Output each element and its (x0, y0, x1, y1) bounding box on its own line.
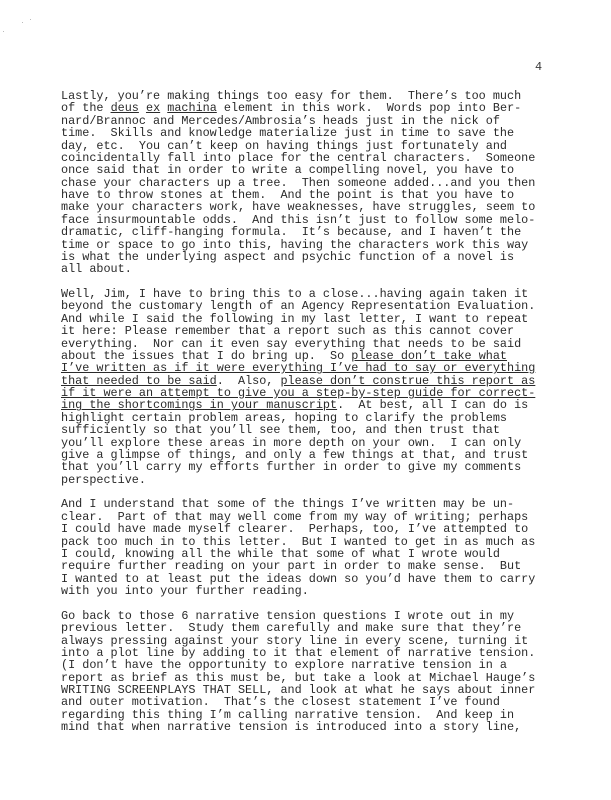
letter-body: Lastly, you’re making things too easy fo… (61, 90, 541, 746)
text-line: all about. (61, 263, 541, 275)
scan-speck (30, 19, 31, 20)
page-number: 4 (535, 60, 542, 74)
text-segment: all about. (61, 262, 132, 276)
text-segment: with you into your further reading. (61, 584, 309, 598)
paragraph: Lastly, you’re making things too easy fo… (61, 90, 541, 276)
text-line: mind that when narrative tension is intr… (61, 721, 541, 733)
text-line: perspective. (61, 474, 541, 486)
paragraph: Go back to those 6 narrative tension que… (61, 610, 541, 734)
text-line: with you into your further reading. (61, 585, 541, 597)
text-segment: mind that when narrative tension is intr… (61, 720, 521, 734)
paragraph: And I understand that some of the things… (61, 498, 541, 597)
text-segment: perspective. (61, 473, 146, 487)
scan-speck (3, 31, 4, 32)
paragraph: Well, Jim, I have to bring this to a clo… (61, 288, 541, 486)
text-line: is what the underlying aspect and psychi… (61, 251, 541, 263)
scan-speck (22, 22, 23, 23)
